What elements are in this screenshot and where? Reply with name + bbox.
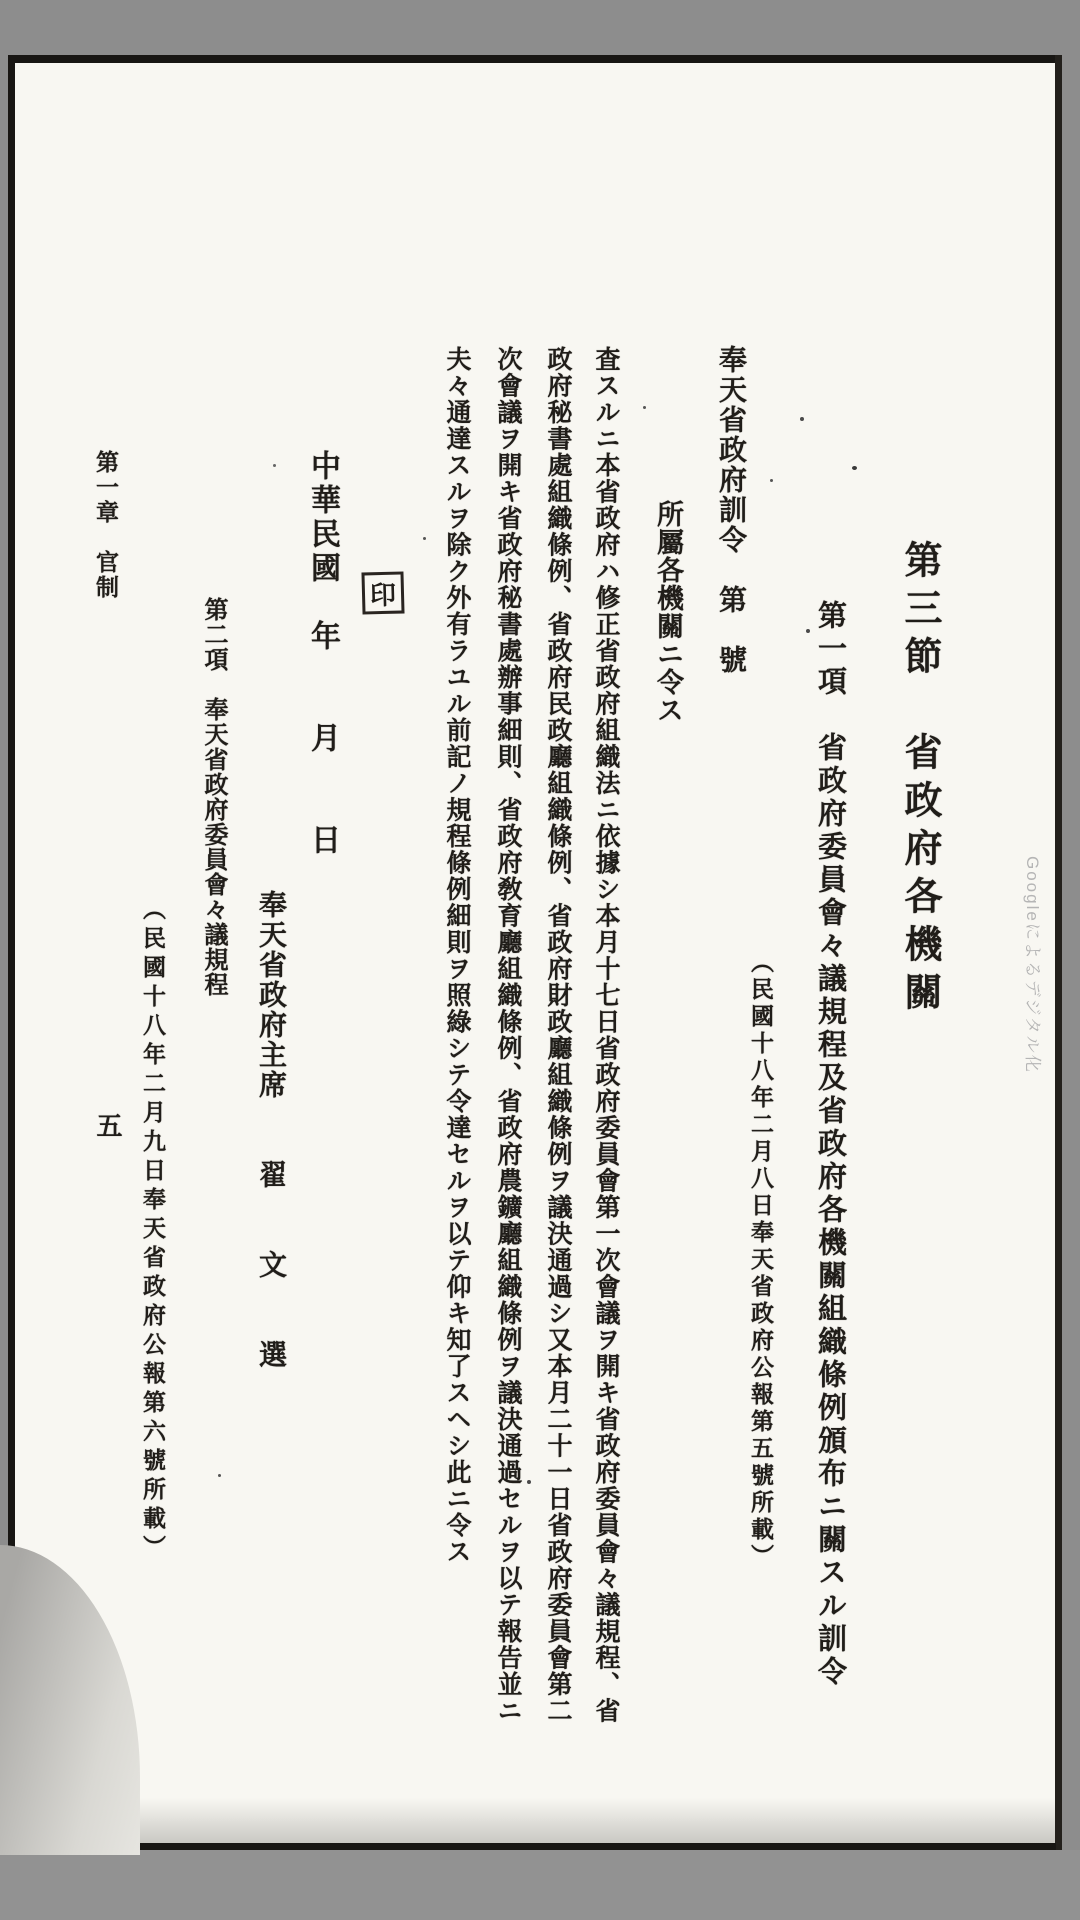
seal-label: 印 <box>370 574 397 612</box>
scan-speck <box>643 406 646 409</box>
page-edge-line-top <box>8 55 1062 63</box>
scan-speck <box>800 417 804 421</box>
google-digitization-watermark: Googleによるデジタル化 <box>1022 856 1047 1074</box>
page-edge-line-bottom <box>8 1843 1056 1850</box>
item2-source-note: （民國十八年二月九日奉天省政府公報第六號所載） <box>141 897 164 1564</box>
page-number: 五 <box>94 1112 120 1138</box>
decree-body-line-4: 夫々通達スルヲ除ク外有ラユル前記ノ規程條例細則ヲ照綠シテ令達セルヲ以テ仰キ知了ス… <box>444 346 469 1565</box>
signature-line: 奉天省政府主席 翟 文 選 <box>256 890 284 1370</box>
scan-speck <box>527 1480 531 1484</box>
item1-heading: 第一項 省政府委員會々議規程及省政府各機關組織條例頒布ニ關スル訓令 <box>815 600 844 1689</box>
scan-speck <box>770 479 773 482</box>
scan-speck <box>218 1474 221 1477</box>
page-edge-line-right <box>1055 55 1062 1850</box>
scanner-edge-top <box>0 0 1080 55</box>
scan-speck <box>806 629 810 633</box>
page-bottom-shadow <box>14 1798 1056 1846</box>
scanner-edge-right <box>1062 0 1080 1920</box>
scanner-edge-bottom <box>0 1850 1080 1920</box>
decree-title: 奉天省政府訓令 第 號 <box>716 345 744 675</box>
decree-addressee: 所屬各機關ニ令ス <box>654 500 681 724</box>
decree-body-line-2: 政府秘書處組織條例、省政府民政廳組織條例、省政府財政廳組織條例ヲ議決通過シ又本月… <box>545 346 570 1724</box>
decree-body-line-1: 査スルニ本省政府ハ修正省政府組織法ニ依據シ本月十七日省政府委員會第一次會議ヲ開キ… <box>593 346 618 1724</box>
section-title: 第三節 省政府各機關 <box>900 540 938 1020</box>
scanned-book-page: 第三節 省政府各機關 第一項 省政府委員會々議規程及省政府各機關組織條例頒布ニ關… <box>0 0 1080 1920</box>
scan-speck <box>423 537 426 540</box>
decree-date-line: 中華民國 年 月 日 <box>307 450 337 858</box>
chapter-header: 第一章 官制 <box>94 450 117 600</box>
decree-body-line-3: 次會議ヲ開キ省政府秘書處辦事細則、省政府敎育廳組織條例、省政府農鑛廳組織條例ヲ議… <box>495 346 520 1724</box>
scan-speck <box>852 466 857 470</box>
seal-box: 印 <box>361 571 404 614</box>
scan-speck <box>273 464 276 467</box>
item1-source-note: （民國十八年二月八日奉天省政府公報第五號所載） <box>749 950 772 1571</box>
item2-heading: 第二項 奉天省政府委員會々議規程 <box>201 597 225 997</box>
